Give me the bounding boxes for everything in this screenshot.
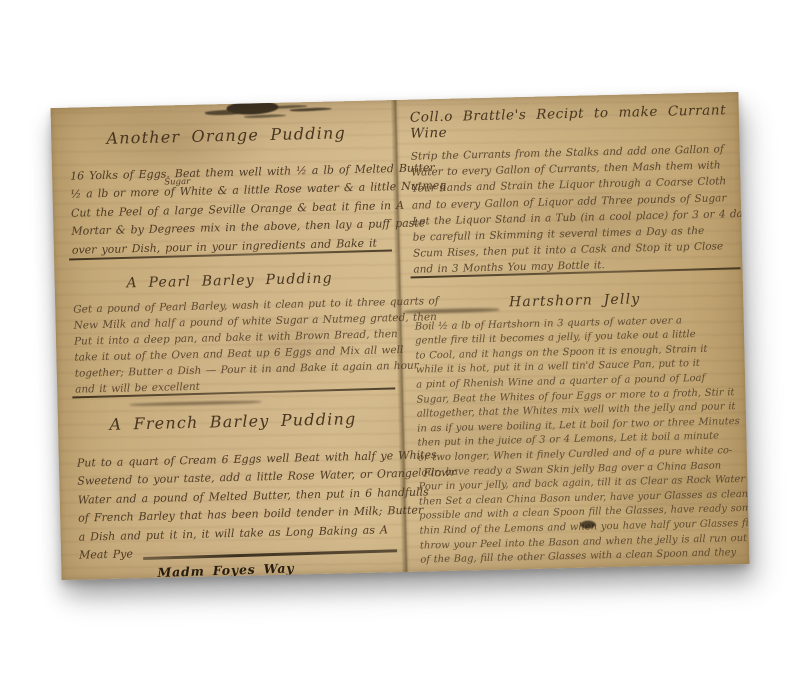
photo-background: { "manuscript": { "paper_color": "#cdb28…	[0, 0, 794, 690]
ink-blot	[226, 100, 279, 116]
recipe-paragraph: Get a pound of Pearl Barley, wash it cle…	[73, 294, 389, 397]
recipe-section-french-barley-pudding: A French Barley Pudding Put to a quart o…	[76, 408, 393, 565]
manuscript-paper: Another Orange Pudding Sugar 16 Yolks of…	[51, 92, 750, 580]
recipe-section-hartshorn-jelly: Hartshorn Jelly Boil ½ a lb of Hartshorn…	[414, 289, 741, 569]
manuscript-left-page: Another Orange Pudding Sugar 16 Yolks of…	[51, 100, 406, 580]
recipe-paragraph: Boil ½ a lb of Hartshorn in 3 quarts of …	[415, 313, 742, 569]
recipe-paragraph: Put to a quart of Cream 6 Eggs well Beat…	[77, 447, 394, 565]
recipe-section-pearl-barley-pudding: A Pearl Barley Pudding Get a pound of Pe…	[73, 269, 390, 397]
recipe-paragraph: Strip the Currants from the Stalks and a…	[411, 141, 735, 278]
recipe-paragraph: Sugar 16 Yolks of Eggs. Beat them well w…	[70, 160, 386, 259]
manuscript-right-page: Coll.o Brattle's Recipt to make Currant …	[394, 92, 749, 572]
recipe-section-currant-wine: Coll.o Brattle's Recipt to make Currant …	[410, 102, 735, 278]
recipe-section-orange-pudding: Another Orange Pudding Sugar 16 Yolks of…	[69, 122, 386, 259]
section-title: Coll.o Brattle's Recipt to make Currant …	[410, 102, 732, 142]
section-title: Another Orange Pudding	[69, 122, 383, 148]
interlinear-insertion: Sugar	[164, 173, 190, 192]
